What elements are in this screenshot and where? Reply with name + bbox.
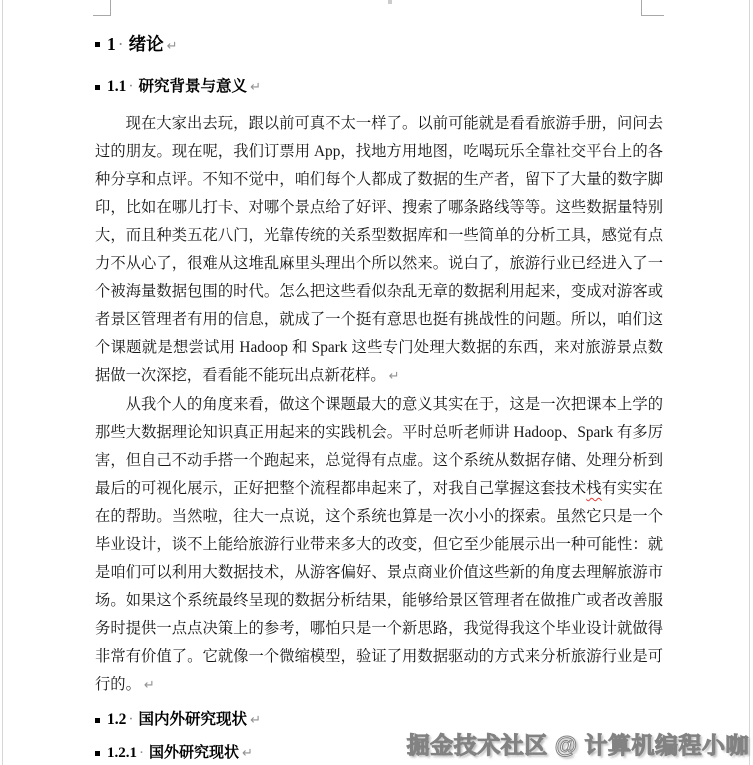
heading-title: 国内外研究现状 <box>139 711 248 728</box>
heading-title: 绪论 <box>129 34 164 54</box>
outline-square-icon <box>95 718 100 723</box>
heading-number: 1 <box>107 34 116 54</box>
paragraph-mark-icon: ↵ <box>389 369 400 384</box>
outline-square-icon <box>95 42 100 47</box>
space-formatting-mark: · <box>126 711 138 728</box>
paragraph-text: 现在大家出去玩，跟以前可真不太一样了。以前可能就是看看旅游手册，问问去过的朋友。… <box>95 115 663 384</box>
space-formatting-mark: · <box>116 34 129 54</box>
outline-square-icon <box>95 751 100 756</box>
page-left-edge <box>2 0 3 765</box>
watermark-text: 掘金技术社区 @ 计算机编程小咖 <box>407 727 749 760</box>
heading-title: 研究背景与意义 <box>139 78 248 95</box>
paragraph-mark-icon: ↵ <box>167 39 178 54</box>
body-paragraph-2[interactable]: 从我个人的角度来看，做这个课题最大的意义其实在于，这是一次把课本上学的那些大数据… <box>95 391 663 700</box>
text-boundary-crop-mark-right <box>641 0 664 16</box>
page-center-tick <box>388 0 392 4</box>
space-formatting-mark: · <box>137 745 149 761</box>
heading-1-chapter[interactable]: 1·绪论↵ <box>95 32 663 59</box>
body-paragraph-1[interactable]: 现在大家出去玩，跟以前可真不太一样了。以前可能就是看看旅游手册，问问去过的朋友。… <box>95 110 663 391</box>
heading-title: 国外研究现状 <box>149 745 239 761</box>
heading-number: 1.1 <box>107 78 126 95</box>
paragraph-text: 从我个人的角度来看，做这个课题最大的意义其实在于，这是一次把课本上学的那些大数据… <box>95 396 663 497</box>
space-formatting-mark: · <box>126 78 138 95</box>
paragraph-text: 有实实在在的帮助。当然啦，往大一点说，这个系统也算是一次小小的探索。虽然它只是一… <box>95 480 663 693</box>
outline-square-icon <box>95 85 100 90</box>
document-text-area[interactable]: 1·绪论↵ 1.1·研究背景与意义↵ 现在大家出去玩，跟以前可真不太一样了。以前… <box>95 32 663 765</box>
paragraph-mark-icon: ↵ <box>144 678 155 693</box>
paragraph-mark-icon: ↵ <box>250 713 261 728</box>
heading-1-1-section[interactable]: 1.1·研究背景与意义↵ <box>95 76 663 99</box>
heading-number: 1.2 <box>107 711 126 728</box>
spellcheck-flagged-word: 栈 <box>586 480 601 497</box>
page-right-edge <box>749 0 750 765</box>
paragraph-mark-icon: ↵ <box>250 80 261 95</box>
paragraph-mark-icon: ↵ <box>242 746 253 761</box>
heading-number: 1.2.1 <box>107 745 137 761</box>
text-boundary-crop-mark-left <box>93 0 111 16</box>
